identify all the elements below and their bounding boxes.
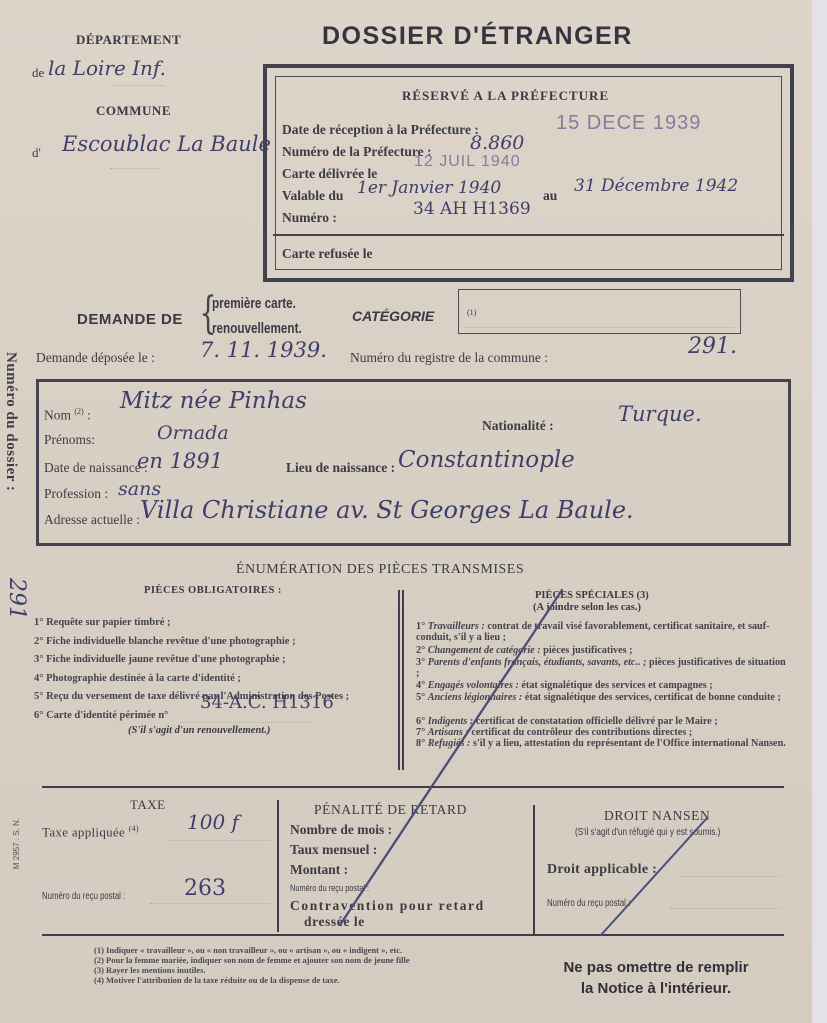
print-code: M 2957 . S. N. — [12, 818, 21, 869]
footnote-item: (1) Indiquer « travailleur », ou « non t… — [94, 945, 402, 955]
droit-applicable-label: Droit applicable : — [547, 862, 657, 878]
notice-line-2: la Notice à l'intérieur. — [506, 978, 806, 999]
nom-note: (2) — [74, 407, 83, 416]
valable-from-value[interactable]: 1er Janvier 1940 — [357, 178, 501, 198]
piece-speciale-item: 4° Engagés volontaires : état signalétiq… — [416, 680, 786, 691]
field-line — [170, 840, 270, 841]
valable-au-label: au — [543, 188, 557, 204]
field-line — [465, 327, 734, 328]
page-edge-background — [812, 0, 827, 1023]
piece-speciale-item: 1° Travailleurs : contrat de travail vis… — [416, 621, 786, 643]
carte-delivree-stamp[interactable]: 12 JUIL 1940 — [414, 153, 521, 171]
lieu-naissance-label: Lieu de naissance : — [286, 460, 395, 476]
piece-speciale-item: 3° Parents d'enfants français, étudiants… — [416, 657, 786, 679]
profession-label: Profession : — [44, 486, 108, 502]
taxe-note: (4) — [129, 824, 139, 833]
penalite-heading: PÉNALITÉ DE RETARD — [314, 802, 467, 818]
categorie-note: (1) — [467, 308, 476, 317]
demande-deposee-label: Demande déposée le : — [36, 350, 155, 366]
departement-prefix: de — [32, 65, 44, 81]
date-naissance-label: Date de naissance : — [44, 460, 148, 476]
taxe-recu-label: Numéro du reçu postal : — [42, 891, 125, 902]
bottom-bottom-rule — [42, 934, 784, 936]
valable-label: Valable du — [282, 188, 343, 204]
piece-speciale-item: 8° Refugiés : s'il y a lieu, attestation… — [416, 738, 786, 749]
vertical-rule — [533, 805, 535, 935]
departement-value[interactable]: la Loire Inf. — [48, 56, 166, 80]
piece-speciale-item: 2° Changement de catégorie : pièces just… — [416, 645, 786, 656]
dressee-label: dressée le — [304, 914, 365, 930]
footnote-item: (3) Rayer les mentions inutiles. — [94, 965, 206, 975]
valable-to-value[interactable]: 31 Décembre 1942 — [574, 176, 738, 196]
nombre-mois-label: Nombre de mois : — [290, 822, 392, 838]
lieu-naissance-value[interactable]: Constantinople — [398, 447, 575, 473]
footnote-item: (4) Motiver l'attribution de la taxe réd… — [94, 975, 340, 985]
commune-label: COMMUNE — [96, 103, 171, 119]
demande-deposee-value[interactable]: 7. 11. 1939. — [200, 338, 327, 362]
reception-label: Date de réception à la Préfecture : — [282, 122, 479, 138]
numero-dossier-label: Numéro du dossier : — [2, 352, 19, 491]
notice-reminder: Ne pas omettre de remplir la Notice à l'… — [506, 957, 806, 999]
nansen-subheading: (S'il s'agit d'un réfugié qui y est soum… — [575, 826, 720, 838]
nom-label-text: Nom — [44, 408, 71, 423]
date-naissance-value[interactable]: en 1891 — [137, 449, 223, 473]
penalite-recu-label: Numéro du reçu postal : — [290, 883, 369, 894]
field-line — [670, 908, 780, 909]
piece-speciale-item: 5° Anciens légionnaires : état signaléti… — [416, 692, 786, 703]
pieces-heading: ÉNUMÉRATION DES PIÈCES TRANSMISES — [236, 562, 524, 578]
notice-line-1: Ne pas omettre de remplir — [506, 957, 806, 978]
speciales-heading: PIÈCES SPÉCIALES (3) — [535, 590, 649, 601]
registre-value[interactable]: 291. — [688, 334, 737, 359]
categorie-field[interactable]: (1) — [458, 289, 741, 334]
carte-perimee-value[interactable]: 34-A.C. H1316 — [200, 692, 334, 713]
option-renouvellement[interactable]: renouvellement. — [212, 320, 302, 337]
registre-label: Numéro du registre de la commune : — [350, 350, 548, 366]
piece-obligatoire-item: 3° Fiche individuelle jaune revêtue d'un… — [34, 654, 286, 665]
page-title: DOSSIER D'ÉTRANGER — [322, 22, 633, 51]
nationalite-value[interactable]: Turque. — [618, 402, 702, 426]
piece-speciale-item: 7° Artisans : certificat du contrôleur d… — [416, 727, 786, 738]
renouvellement-note: (S'il s'agit d'un renouvellement.) — [128, 725, 270, 736]
piece-obligatoire-item: 6° Carte d'identité périmée n° — [34, 710, 168, 721]
reception-stamp[interactable]: 15 DECE 1939 — [556, 112, 701, 135]
prenoms-value[interactable]: Ornada — [157, 422, 229, 444]
departement-label: DÉPARTEMENT — [76, 32, 181, 48]
taxe-heading: TAXE — [130, 797, 166, 813]
nansen-recu-label: Numéro du reçu postal : — [547, 898, 630, 909]
piece-obligatoire-item: 2° Fiche individuelle blanche revêtue d'… — [34, 636, 296, 647]
numero-dossier-value[interactable]: 291 — [4, 578, 29, 620]
pieces-divider — [398, 590, 404, 770]
adresse-label: Adresse actuelle : — [44, 512, 140, 528]
bottom-top-rule — [42, 786, 784, 788]
numero-label: Numéro : — [282, 210, 337, 226]
contravention-label: Contravention pour retard — [290, 898, 485, 914]
nansen-heading: DROIT NANSEN — [604, 808, 710, 824]
commune-prefix: d' — [32, 145, 41, 161]
field-line — [150, 903, 270, 904]
prenoms-label: Prénoms: — [44, 432, 95, 448]
taxe-appliquee-value[interactable]: 100 f — [187, 810, 239, 834]
taxe-recu-value[interactable]: 263 — [184, 876, 226, 901]
numero-prefecture-value[interactable]: 8.860 — [470, 132, 524, 154]
prefecture-separator — [273, 234, 784, 236]
taux-mensuel-label: Taux mensuel : — [290, 842, 377, 858]
vertical-rule — [277, 800, 279, 932]
piece-obligatoire-item: 1° Requête sur papier timbré ; — [34, 617, 171, 628]
numero-prefecture-label: Numéro de la Préfecture : — [282, 144, 431, 160]
field-line — [680, 876, 780, 877]
field-line — [180, 722, 310, 723]
separator — [110, 168, 160, 169]
obligatoires-heading: PIÈCES OBLIGATOIRES : — [144, 585, 282, 596]
taxe-appliquee-label: Taxe appliquée — [42, 824, 125, 839]
speciales-subheading: (A joindre selon les cas.) — [533, 602, 641, 613]
nationalite-label: Nationalité : — [482, 418, 554, 434]
prefecture-heading: RÉSERVÉ A LA PRÉFECTURE — [402, 88, 609, 104]
piece-obligatoire-item: 4° Photographie destinée à la carte d'id… — [34, 673, 241, 684]
categorie-label: CATÉGORIE — [352, 308, 434, 324]
montant-label: Montant : — [290, 862, 348, 878]
option-premiere-carte[interactable]: première carte. — [212, 295, 296, 312]
carte-refusee-label: Carte refusée le — [282, 246, 372, 262]
commune-value[interactable]: Escoublac La Baule — [62, 132, 271, 156]
footnote-item: (2) Pour la femme mariée, indiquer son n… — [94, 955, 410, 965]
separator — [110, 85, 165, 86]
piece-speciale-item: 6° Indigents : certificat de constatatio… — [416, 716, 786, 727]
nom-value[interactable]: Mitz née Pinhas — [120, 388, 307, 414]
numero-value[interactable]: 34 AH H1369 — [413, 199, 531, 219]
demande-label: DEMANDE DE — [77, 311, 183, 328]
adresse-value[interactable]: Villa Christiane av. St Georges La Baule… — [140, 496, 634, 524]
nom-label: Nom (2) : — [44, 407, 91, 424]
